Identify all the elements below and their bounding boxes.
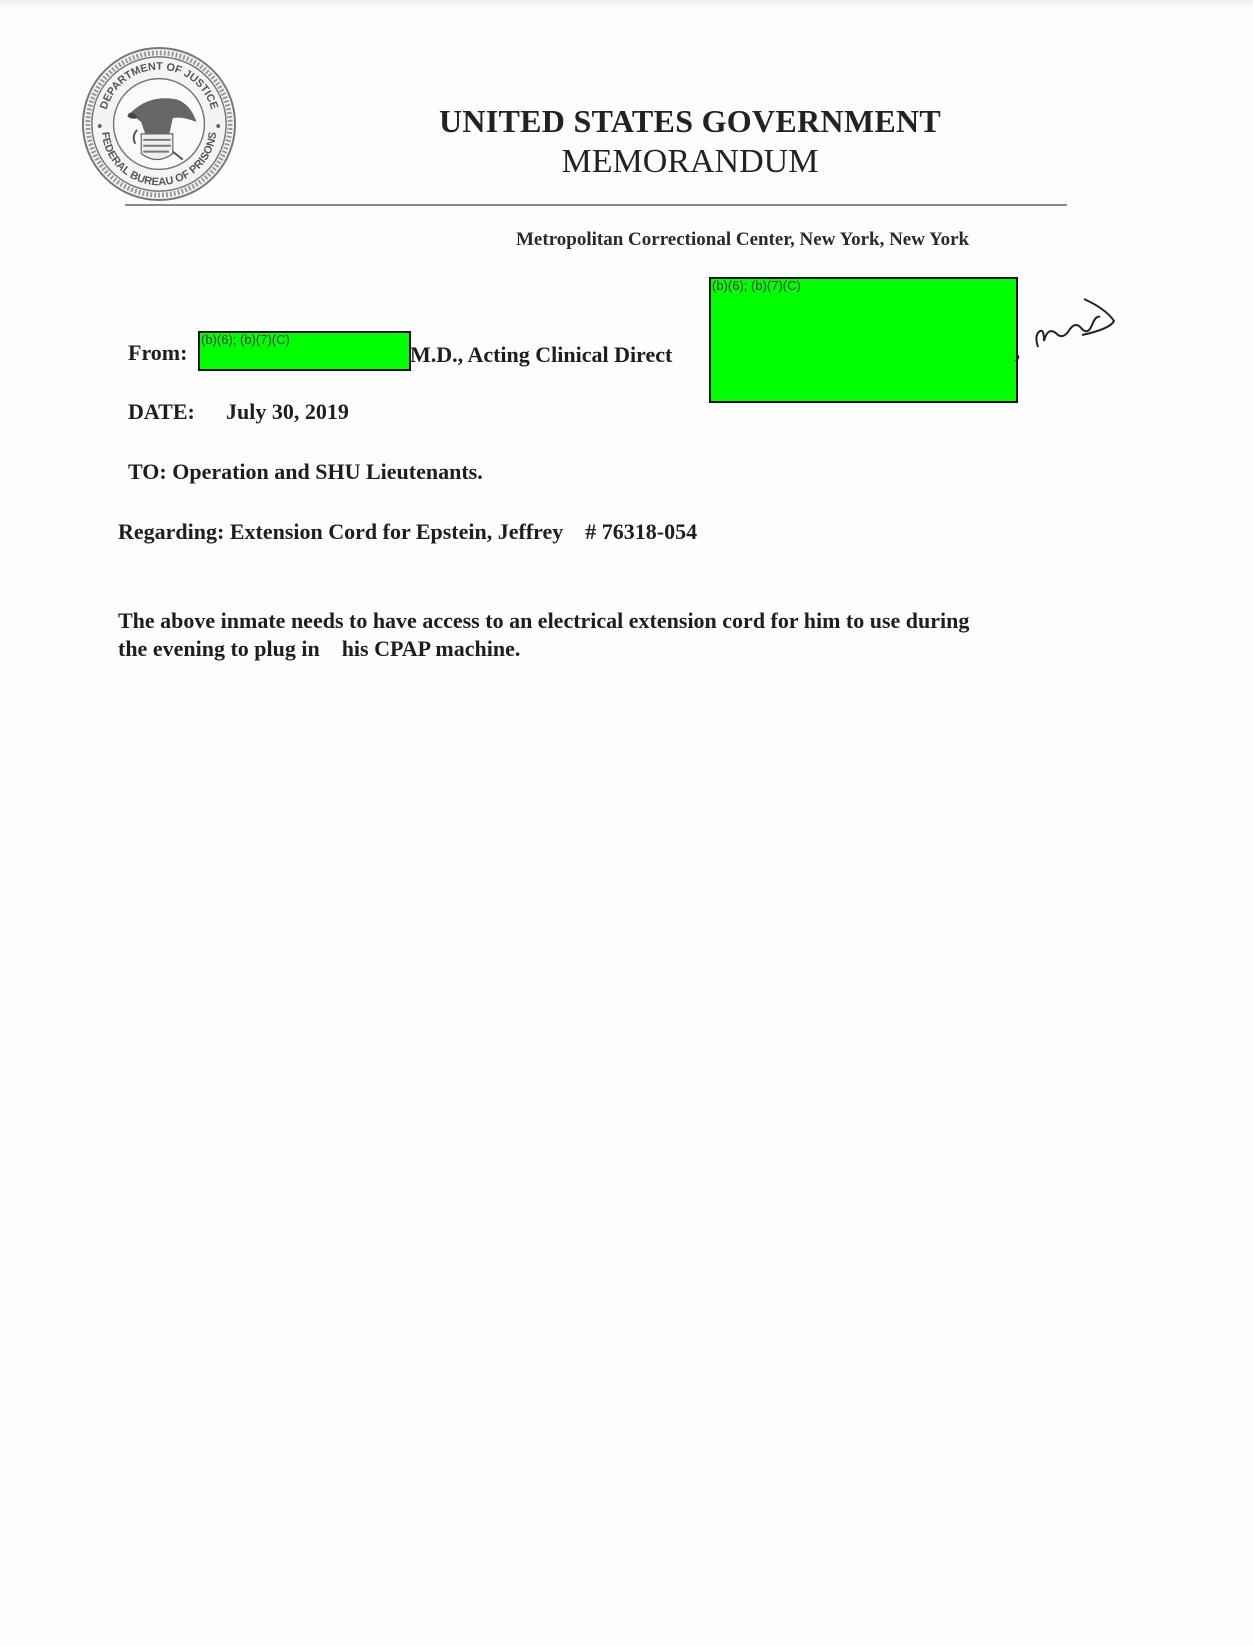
body-line: the evening to plug in his CPAP machine. [118,635,1098,663]
date-value: July 30, 2019 [226,399,349,425]
redaction-code: (b)(6); (b)(7)(C) [712,278,801,293]
signature-initials-icon [1030,295,1120,355]
body-line: The above inmate needs to have access to… [118,607,1098,635]
location-line: Metropolitan Correctional Center, New Yo… [516,229,969,251]
doj-seal-icon: DEPARTMENT OF JUSTICE FEDERAL BUREAU OF … [80,45,238,203]
to-line: TO: Operation and SHU Lieutenants. [128,459,483,485]
comma: , [1015,341,1020,364]
from-label: From: [128,340,187,366]
scan-artifact [0,0,1253,10]
memo-body: The above inmate needs to have access to… [118,607,1098,663]
date-label: DATE: [128,399,195,425]
document-title: UNITED STATES GOVERNMENT [390,103,990,140]
memo-page: DEPARTMENT OF JUSTICE FEDERAL BUREAU OF … [0,0,1253,1646]
document-subtitle: MEMORANDUM [390,143,990,181]
redaction-signature-block: (b)(6); (b)(7)(C) [709,277,1018,403]
from-title: M.D., Acting Clinical Direct [410,342,672,368]
header-divider [125,204,1067,206]
redaction-code: (b)(6); (b)(7)(C) [201,332,290,347]
regarding-line: Regarding: Extension Cord for Epstein, J… [118,519,697,545]
redaction-from-name: (b)(6); (b)(7)(C) [198,331,411,371]
